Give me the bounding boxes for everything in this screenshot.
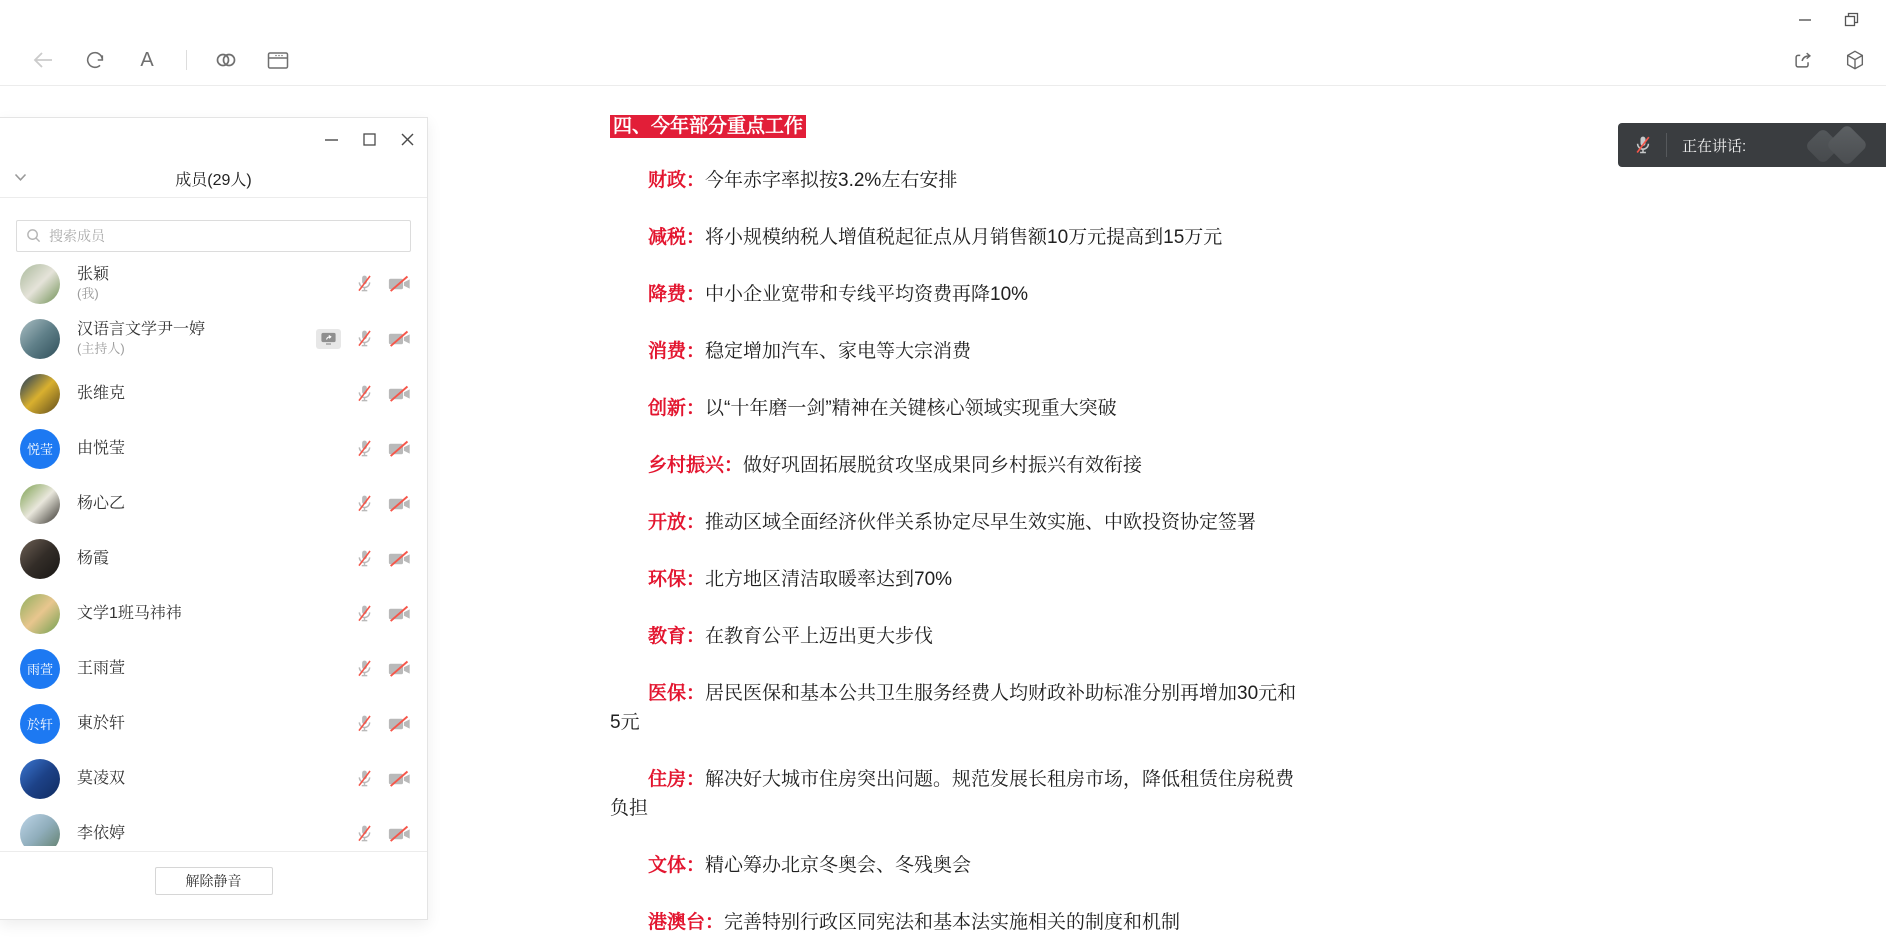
- mic-muted-icon[interactable]: [355, 328, 374, 349]
- camera-muted-icon[interactable]: [388, 385, 411, 403]
- document-item: 港澳台：完善特别行政区同宪法和基本法实施相关的制度和机制: [610, 908, 1300, 937]
- mic-muted-icon[interactable]: [355, 493, 374, 514]
- camera-muted-icon[interactable]: [388, 330, 411, 348]
- member-list[interactable]: 张颖 (我): [0, 256, 427, 846]
- member-role: (主持人): [77, 341, 205, 357]
- document-item: 开放：推动区域全面经济伙伴关系协定尽早生效实施、中欧投资协定签署: [610, 508, 1300, 537]
- mic-muted-icon[interactable]: [355, 658, 374, 679]
- member-row[interactable]: 於轩 東於轩: [0, 696, 427, 751]
- member-row[interactable]: 李依婷: [0, 806, 427, 846]
- document-item-text: 稳定增加汽车、家电等大宗消费: [705, 341, 971, 362]
- member-row[interactable]: 莫凌双: [0, 751, 427, 806]
- camera-muted-icon[interactable]: [388, 440, 411, 458]
- document-item-text: 完善特别行政区同宪法和基本法实施相关的制度和机制: [724, 912, 1180, 933]
- document-item: 乡村振兴：做好巩固拓展脱贫攻坚成果同乡村振兴有效衔接: [610, 451, 1300, 480]
- member-role: (我): [77, 286, 109, 302]
- mic-muted-icon[interactable]: [355, 713, 374, 734]
- mic-muted-icon[interactable]: [355, 768, 374, 789]
- member-row[interactable]: 雨萱 王雨萱: [0, 641, 427, 696]
- restore-window-button[interactable]: [1840, 8, 1862, 30]
- member-name: 莫凌双: [77, 769, 125, 789]
- document-item-label: 文体：: [648, 855, 705, 876]
- avatar: [20, 594, 60, 634]
- document-item-text: 推动区域全面经济伙伴关系协定尽早生效实施、中欧投资协定签署: [705, 512, 1256, 533]
- camera-muted-icon[interactable]: [388, 275, 411, 293]
- document-item-text: 中小企业宽带和专线平均资费再降10%: [705, 284, 1028, 305]
- share-icon[interactable]: [1790, 47, 1816, 73]
- meeting-logo-icon: [1802, 127, 1872, 163]
- document-item: 创新：以“十年磨一剑”精神在关键核心领域实现重大突破: [610, 394, 1300, 423]
- member-name: 東於轩: [77, 714, 125, 734]
- font-icon[interactable]: A: [134, 47, 160, 73]
- document-item-label: 住房：: [648, 769, 705, 790]
- chevron-down-icon[interactable]: [14, 173, 27, 182]
- document-item-text: 北方地区清洁取暖率达到70%: [705, 569, 952, 590]
- app-window: A: [0, 0, 1886, 950]
- member-row[interactable]: 文学1班马祎祎: [0, 586, 427, 641]
- document-item: 减税：将小规模纳税人增值税起征点从月销售额10万元提高到15万元: [610, 223, 1300, 252]
- member-row[interactable]: 汉语言文学尹一婷 (主持人): [0, 311, 427, 366]
- speaking-toast: 正在讲话:: [1618, 123, 1886, 167]
- document-item-label: 财政：: [648, 170, 705, 191]
- avatar: [20, 484, 60, 524]
- document-item-label: 降费：: [648, 284, 705, 305]
- document-item: 教育：在教育公平上迈出更大步伐: [610, 622, 1300, 651]
- speaking-label: 正在讲话:: [1682, 135, 1746, 156]
- toast-mic-muted-icon: [1633, 134, 1653, 156]
- toast-divider: [1666, 133, 1667, 157]
- document-item-label: 乡村振兴：: [648, 455, 743, 476]
- member-name: 由悦莹: [77, 439, 125, 459]
- avatar: [20, 814, 60, 847]
- search-icon: [26, 228, 41, 243]
- document-item: 消费：稳定增加汽车、家电等大宗消费: [610, 337, 1300, 366]
- member-name: 杨心乙: [77, 494, 125, 514]
- toolbar: A: [0, 34, 1886, 86]
- document-content: 四、今年部分重点工作 财政：今年赤字率拟按3.2%左右安排 减税：将小规模纳税人…: [610, 115, 1300, 950]
- member-row[interactable]: 张颖 (我): [0, 256, 427, 311]
- member-row[interactable]: 杨心乙: [0, 476, 427, 531]
- camera-muted-icon[interactable]: [388, 770, 411, 788]
- panel-minimize-icon[interactable]: [324, 132, 339, 147]
- document-item: 环保：北方地区清洁取暖率达到70%: [610, 565, 1300, 594]
- link-icon[interactable]: [213, 47, 239, 73]
- members-panel-title: 成员(29人): [175, 167, 251, 190]
- refresh-icon[interactable]: [82, 47, 108, 73]
- members-panel-titlebar: [0, 118, 427, 160]
- document-item: 文体：精心筹办北京冬奥会、冬残奥会: [610, 851, 1300, 880]
- avatar: 悦莹: [20, 429, 60, 469]
- members-panel: 成员(29人) 张颖 (我): [0, 117, 428, 920]
- window-card-icon[interactable]: [265, 47, 291, 73]
- document-item-label: 创新：: [648, 398, 705, 419]
- member-row[interactable]: 悦莹 由悦莹: [0, 421, 427, 476]
- document-item-label: 环保：: [648, 569, 705, 590]
- document-item-text: 在教育公平上迈出更大步伐: [705, 626, 933, 647]
- camera-muted-icon[interactable]: [388, 495, 411, 513]
- document-item-text: 以“十年磨一剑”精神在关键核心领域实现重大突破: [705, 398, 1117, 419]
- mic-muted-icon[interactable]: [355, 548, 374, 569]
- document-item: 住房：解决好大城市住房突出问题。规范发展长租房市场，降低租赁住房税费负担: [610, 765, 1300, 823]
- document-item-label: 减税：: [648, 227, 705, 248]
- document-item-label: 医保：: [648, 683, 705, 704]
- document-item-label: 消费：: [648, 341, 705, 362]
- members-panel-header: 成员(29人): [0, 160, 427, 198]
- window-controls: [1794, 8, 1862, 30]
- screen-share-icon: [316, 329, 341, 349]
- member-name: 张颖: [77, 265, 109, 285]
- camera-muted-icon[interactable]: [388, 825, 411, 843]
- panel-close-icon[interactable]: [400, 132, 415, 147]
- document-item-text: 做好巩固拓展脱贫攻坚成果同乡村振兴有效衔接: [743, 455, 1142, 476]
- member-name: 文学1班马祎祎: [77, 604, 182, 624]
- avatar: 於轩: [20, 704, 60, 744]
- document-item-label: 教育：: [648, 626, 705, 647]
- member-name: 张维克: [77, 384, 125, 404]
- mic-muted-icon[interactable]: [355, 273, 374, 294]
- camera-muted-icon[interactable]: [388, 605, 411, 623]
- minimize-window-button[interactable]: [1794, 8, 1816, 30]
- document-item: 降费：中小企业宽带和专线平均资费再降10%: [610, 280, 1300, 309]
- members-panel-footer: 解除静音: [0, 851, 427, 919]
- document-item-text: 解决好大城市住房突出问题。规范发展长租房市场，降低租赁住房税费负担: [610, 769, 1294, 819]
- search-input[interactable]: [16, 220, 411, 252]
- document-item-text: 将小规模纳税人增值税起征点从月销售额10万元提高到15万元: [705, 227, 1222, 248]
- camera-muted-icon[interactable]: [388, 715, 411, 733]
- mic-muted-icon[interactable]: [355, 603, 374, 624]
- camera-muted-icon[interactable]: [388, 660, 411, 678]
- document-item: 医保：居民医保和基本公共卫生服务经费人均财政补助标准分别再增加30元和5元: [610, 679, 1300, 737]
- document-item-text: 居民医保和基本公共卫生服务经费人均财政补助标准分别再增加30元和5元: [610, 683, 1296, 733]
- document-item-label: 港澳台：: [648, 912, 724, 933]
- avatar: [20, 539, 60, 579]
- avatar: [20, 759, 60, 799]
- member-row[interactable]: 杨霞: [0, 531, 427, 586]
- member-name: 李依婷: [77, 824, 125, 844]
- unmute-button[interactable]: 解除静音: [155, 867, 273, 895]
- mic-muted-icon[interactable]: [355, 438, 374, 459]
- avatar: 雨萱: [20, 649, 60, 689]
- mic-muted-icon[interactable]: [355, 383, 374, 404]
- member-name: 王雨萱: [77, 659, 125, 679]
- document-item-text: 精心筹办北京冬奥会、冬残奥会: [705, 855, 971, 876]
- document-item-label: 开放：: [648, 512, 705, 533]
- toolbar-divider: [186, 50, 187, 70]
- document-item: 财政：今年赤字率拟按3.2%左右安排: [610, 166, 1300, 195]
- member-name: 汉语言文学尹一婷: [77, 320, 205, 340]
- panel-maximize-icon[interactable]: [362, 132, 377, 147]
- document-title: 四、今年部分重点工作: [610, 115, 806, 138]
- avatar: [20, 374, 60, 414]
- camera-muted-icon[interactable]: [388, 550, 411, 568]
- member-row[interactable]: 张维克: [0, 366, 427, 421]
- mic-muted-icon[interactable]: [355, 823, 374, 844]
- avatar: [20, 319, 60, 359]
- cube-icon[interactable]: [1842, 47, 1868, 73]
- avatar: [20, 264, 60, 304]
- back-icon[interactable]: [30, 47, 56, 73]
- document-item-text: 今年赤字率拟按3.2%左右安排: [705, 170, 957, 191]
- member-name: 杨霞: [77, 549, 109, 569]
